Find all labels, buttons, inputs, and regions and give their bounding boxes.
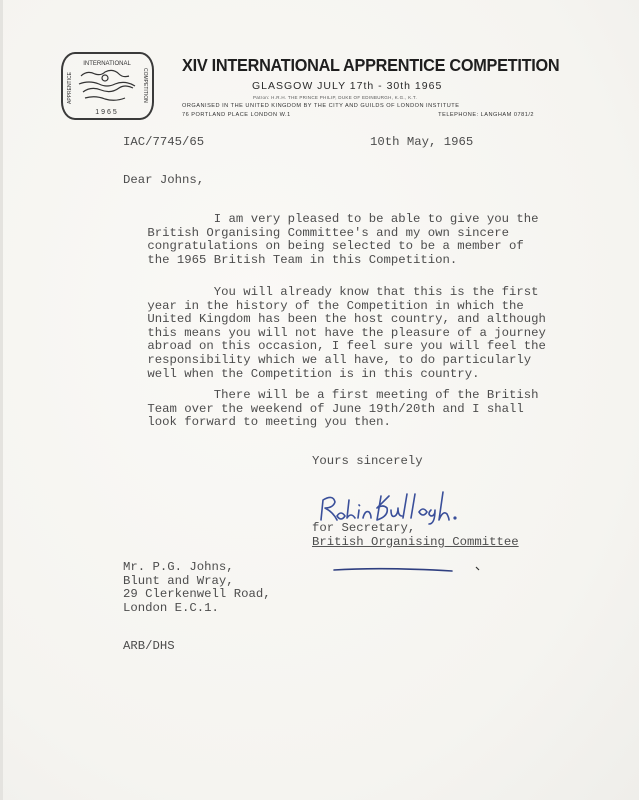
pen-stroke-mark: [332, 564, 482, 576]
letterhead-subtitle: GLASGOW JULY 17th - 30th 1965: [252, 80, 442, 92]
letterhead-title: XIV INTERNATIONAL APPRENTICE COMPETITION: [182, 55, 517, 76]
paragraph-host-country: You will already know that this is the f…: [140, 286, 546, 381]
closing: Yours sincerely: [312, 455, 423, 469]
paragraph-congratulations: I am very pleased to be able to give you…: [140, 213, 538, 267]
letterhead-telephone: TELEPHONE: LANGHAM 0781/2: [438, 112, 534, 118]
letter-date: 10th May, 1965: [370, 136, 473, 150]
letterhead-contact-row: 76 PORTLAND PLACE LONDON W.1 TELEPHONE: …: [182, 112, 534, 118]
signatory-title: for Secretary,: [312, 522, 415, 536]
signatory-organisation: British Organising Committee: [312, 536, 519, 550]
reference-number: IAC/7745/65: [123, 136, 204, 150]
logo-right-text: COMPETITION: [142, 68, 148, 103]
logo-left-text: APPRENTICE: [67, 71, 73, 104]
lion-emblem-icon: INTERNATIONAL APPRENTICE COMPETITION 196…: [61, 52, 154, 120]
paper-edge: [0, 0, 3, 800]
letterhead-organiser: ORGANISED IN THE UNITED KINGDOM BY THE C…: [182, 103, 534, 109]
recipient-address: Mr. P.G. Johns, Blunt and Wray, 29 Clerk…: [123, 561, 271, 615]
letterhead-address: 76 PORTLAND PLACE LONDON W.1: [182, 112, 291, 118]
logo-year: 1965: [95, 109, 119, 116]
logo-top-text: INTERNATIONAL: [83, 61, 131, 67]
typist-initials: ARB/DHS: [123, 640, 175, 654]
letterhead-patron: Patron: H.R.H. THE PRINCE PHILIP, DUKE O…: [253, 95, 417, 100]
salutation: Dear Johns,: [123, 174, 204, 188]
paragraph-meeting: There will be a first meeting of the Bri…: [140, 389, 538, 430]
